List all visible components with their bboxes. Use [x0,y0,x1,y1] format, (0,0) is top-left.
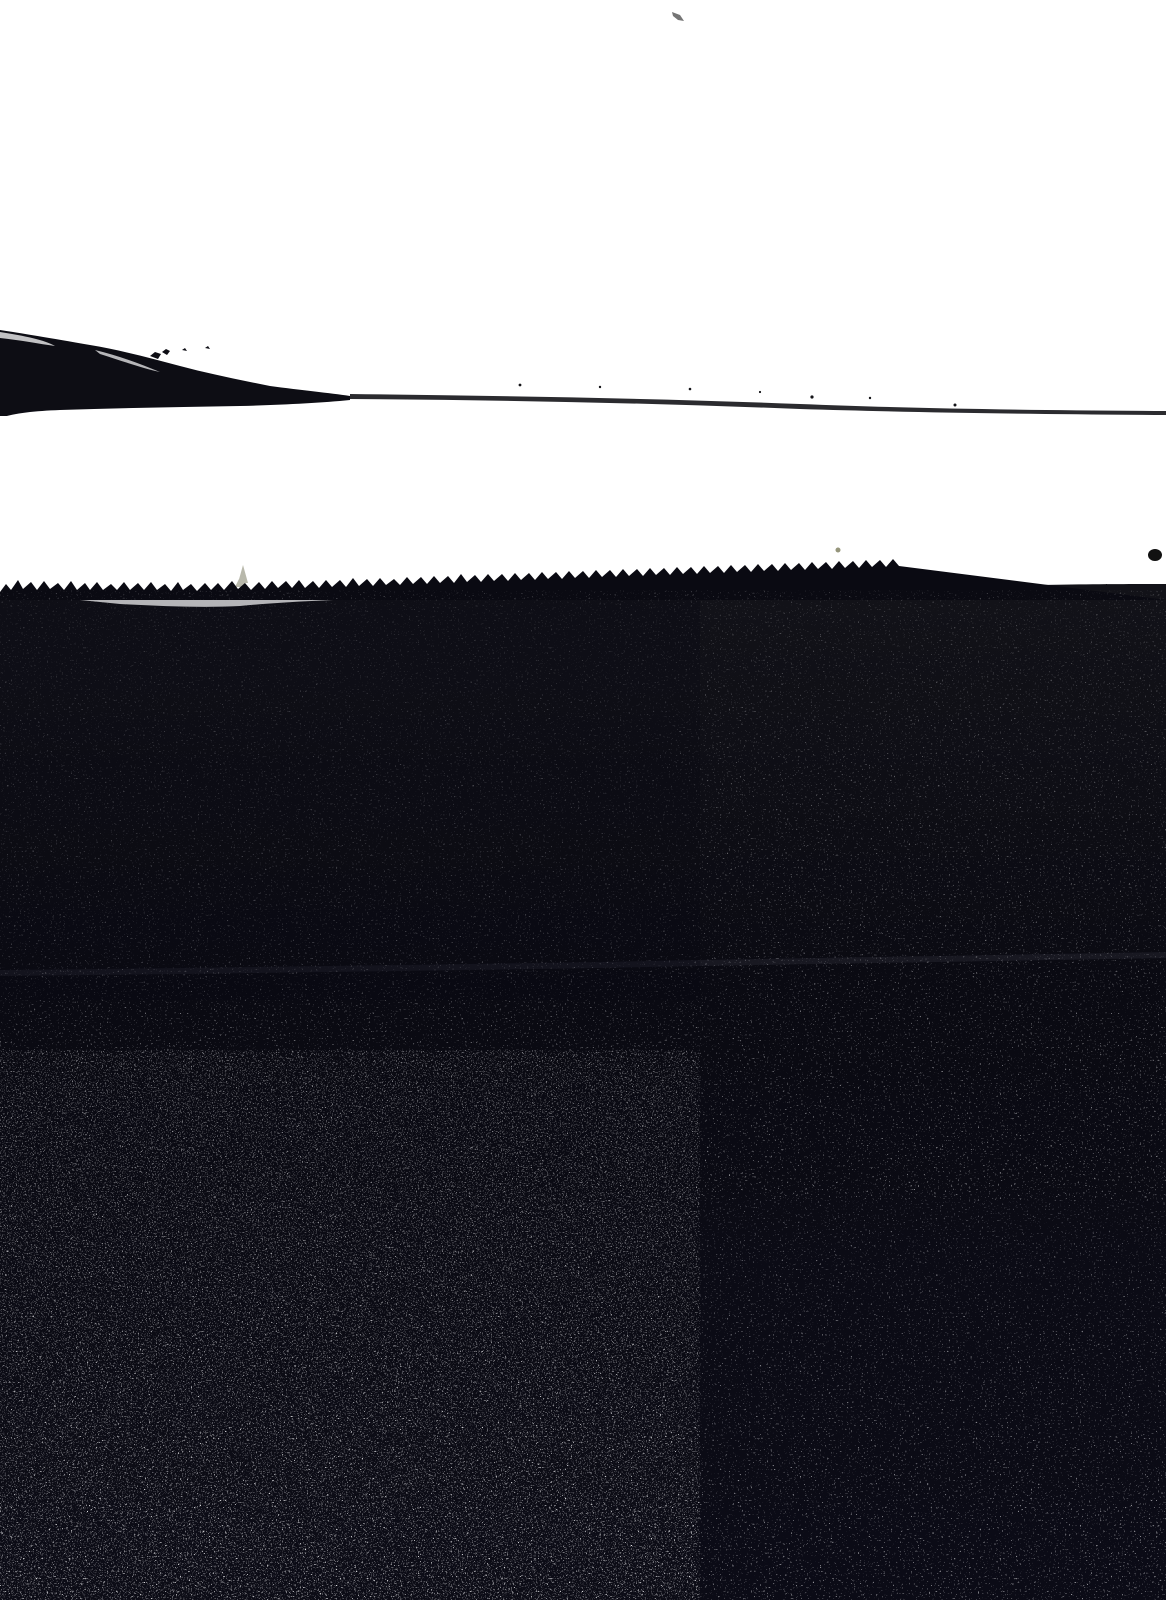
water [0,416,1166,586]
water-dot [1148,549,1162,561]
vegetation-texture-fine [0,1050,700,1600]
landscape-photo [0,0,1166,1600]
landscape-svg [0,0,1166,1600]
